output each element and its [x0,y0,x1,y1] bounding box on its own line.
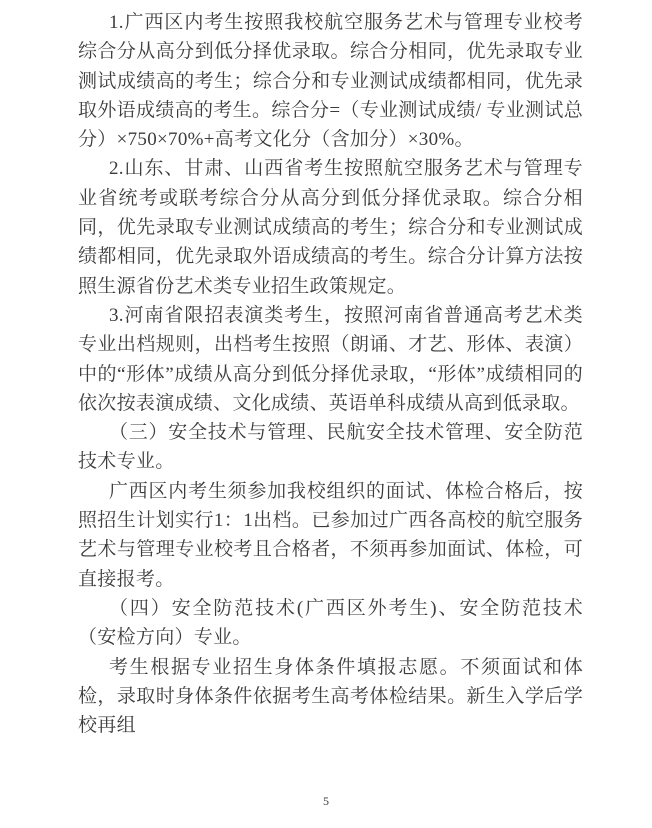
document-body: 1.广西区内考生按照我校航空服务艺术与管理专业校考综合分从高分到低分择优录取。综… [78,8,583,740]
paragraph-physical-condition-rule: 考生根据专业招生身体条件填报志愿。不须面试和体检，录取时身体条件依据考生高考体检… [78,653,583,741]
paragraph-gx-school-exam-rule: 1.广西区内考生按照我校航空服务艺术与管理专业校考综合分从高分到低分择优录取。综… [78,8,583,154]
page-number: 5 [0,794,652,809]
paragraph-section-4-heading: （四）安全防范技术(广西区外考生)、安全防范技术（安检方向）专业。 [78,594,583,653]
paragraph-section-3-heading: （三）安全技术与管理、民航安全技术管理、安全防范技术专业。 [78,418,583,477]
paragraph-henan-rule: 3.河南省限招表演类考生，按照河南省普通高考艺术类专业出档规则，出档考生按照（朗… [78,301,583,418]
paragraph-gx-interview-rule: 广西区内考生须参加我校组织的面试、体检合格后，按照招生计划实行1：1出档。已参加… [78,477,583,594]
document-page: 1.广西区内考生按照我校航空服务艺术与管理专业校考综合分从高分到低分择优录取。综… [0,0,652,828]
paragraph-sd-gs-sx-rule: 2.山东、甘肃、山西省考生按照航空服务艺术与管理专业省统考或联考综合分从高分到低… [78,154,583,300]
